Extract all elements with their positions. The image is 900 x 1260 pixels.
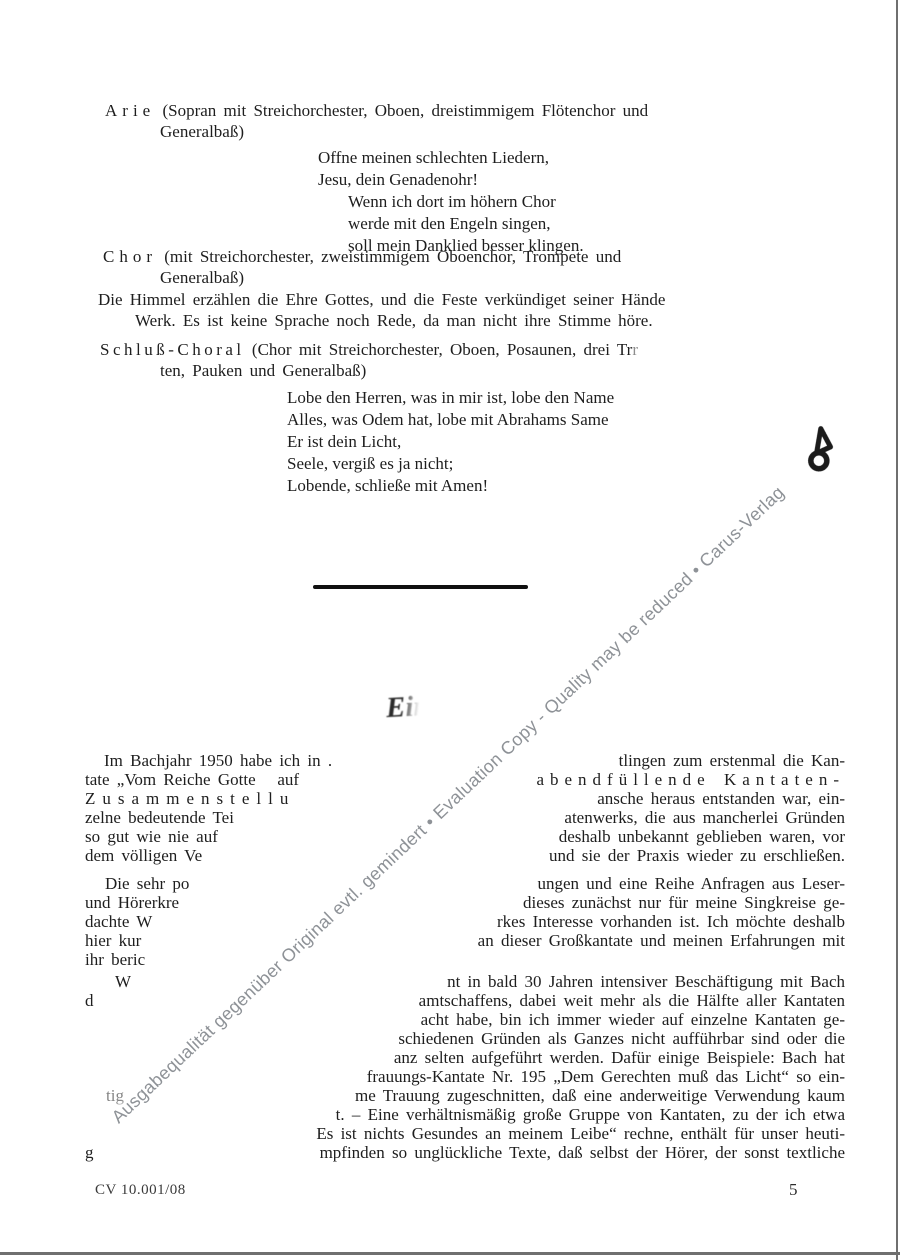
body-line-right-fragment: abendfüllende Kantaten- xyxy=(536,770,845,790)
poem-line: werde mit den Engeln singen, xyxy=(348,214,551,234)
body-line-right-fragment: deshalb unbekannt geblieben waren, vor xyxy=(559,827,845,847)
poem-line: Offne meinen schlechten Liedern, xyxy=(318,148,549,168)
body-line-left-fragment: hier kur xyxy=(85,931,141,951)
poem-line: Lobe den Herren, was in mir ist, lobe de… xyxy=(287,388,614,408)
body-line-right-fragment: dieses zunächst nur für meine Singkreise… xyxy=(523,893,845,913)
body-line-left-fragment: zelne bedeutende Tei xyxy=(85,808,234,828)
page-number: 5 xyxy=(789,1180,798,1200)
schluss-choral-scoring: (Chor mit Streichorchester, Oboen, Posau… xyxy=(245,340,633,359)
arie-scoring: (Sopran mit Streichorchester, Oboen, dre… xyxy=(155,101,648,120)
arie-heading: Arie (Sopran mit Streichorchester, Oboen… xyxy=(105,101,648,120)
body-line-right-fragment: Es ist nichts Gesundes an meinem Leibe“ … xyxy=(316,1124,845,1144)
himmel-line-2: Werk. Es ist keine Sprache noch Rede, da… xyxy=(135,311,653,330)
body-line-left-fragment: Zusammenstellu xyxy=(85,789,295,809)
schluss-choral-faded-char: r xyxy=(632,340,638,359)
body-line-left-fragment: ihr beric xyxy=(85,950,145,970)
arie-heading-cont: Generalbaß) xyxy=(160,122,244,141)
body-line-left-fragment: W xyxy=(115,972,131,992)
body-line-right-fragment: rkes Interesse vorhanden ist. Ich möchte… xyxy=(497,912,845,932)
chor-heading: Chor (mit Streichorchester, zweistimmige… xyxy=(103,247,621,266)
body-line-right-fragment: atenwerks, die aus mancherlei Gründen xyxy=(564,808,845,828)
chor-heading-cont: Generalbaß) xyxy=(160,268,244,287)
chor-label: Chor xyxy=(103,247,157,266)
body-line-right-fragment: nt in bald 30 Jahren intensiver Beschäft… xyxy=(447,972,845,992)
body-line-right-fragment: und sie der Praxis wieder zu erschließen… xyxy=(549,846,845,866)
scanned-page: Arie (Sopran mit Streichorchester, Oboen… xyxy=(0,0,900,1260)
poem-line: Seele, vergiß es ja nicht; xyxy=(287,454,453,474)
poem-line: Alles, was Odem hat, lobe mit Abrahams S… xyxy=(287,410,609,430)
poem-line: Lobende, schließe mit Amen! xyxy=(287,476,488,496)
obscured-heading-fragment: Ein xyxy=(385,690,430,725)
body-line-left-fragment: Die sehr po xyxy=(105,874,189,894)
body-line-right-fragment: mpfinden so unglückliche Texte, daß selb… xyxy=(320,1143,845,1163)
body-line-right-fragment: me Trauung zugeschnitten, daß eine ander… xyxy=(355,1086,845,1106)
schluss-choral-heading-cont: ten, Pauken und Generalbaß) xyxy=(160,361,366,380)
body-line-left-fragment: tate „Vom Reiche Gotte auf xyxy=(85,770,299,790)
chor-scoring: (mit Streichorchester, zweistimmigem Obo… xyxy=(157,247,621,266)
scan-edge-bottom xyxy=(0,1252,900,1255)
body-line-right-fragment: t. – Eine verhältnismäßig große Gruppe v… xyxy=(336,1105,845,1125)
arie-label: Arie xyxy=(105,101,155,120)
body-line-right-fragment: acht habe, bin ich immer wieder auf einz… xyxy=(421,1010,845,1030)
section-divider-rule xyxy=(313,585,528,589)
himmel-line-1: Die Himmel erzählen die Ehre Gottes, und… xyxy=(98,290,665,309)
carus-note-logo-icon xyxy=(791,422,851,482)
schluss-choral-label: Schluß-Choral xyxy=(100,340,245,359)
scan-edge-right xyxy=(896,0,898,1260)
body-line-left-fragment: dachte W xyxy=(85,912,152,932)
body-line-left-fragment: Im Bachjahr 1950 habe ich in . xyxy=(104,751,332,771)
catalog-number: CV 10.001/08 xyxy=(95,1182,186,1199)
body-line-right-fragment: tlingen zum erstenmal die Kan- xyxy=(619,751,845,771)
schluss-choral-heading: Schluß-Choral (Chor mit Streichorchester… xyxy=(100,340,638,359)
body-line-right-fragment: frauungs-Kantate Nr. 195 „Dem Gerechten … xyxy=(367,1067,845,1087)
body-line-right-fragment: anz selten aufgeführt werden. Dafür eini… xyxy=(394,1048,845,1068)
body-line-right-fragment: schiedenen Gründen als Ganzes nicht auff… xyxy=(398,1029,845,1049)
poem-line: Jesu, dein Genadenohr! xyxy=(318,170,478,190)
poem-line: Er ist dein Licht, xyxy=(287,432,401,452)
body-line-left-fragment: d xyxy=(85,991,94,1011)
poem-line: Wenn ich dort im höhern Chor xyxy=(348,192,556,212)
body-line-right-fragment: amtschaffens, dabei weit mehr als die Hä… xyxy=(419,991,845,1011)
body-line-right-fragment: ungen und eine Reihe Anfragen aus Leser- xyxy=(538,874,846,894)
body-line-right-fragment: an dieser Großkantate und meinen Erfahru… xyxy=(478,931,845,951)
body-line-right-fragment: ansche heraus entstanden war, ein- xyxy=(597,789,845,809)
body-line-left-fragment: dem völligen Ve xyxy=(85,846,202,866)
body-line-left-fragment: so gut wie nie auf xyxy=(85,827,218,847)
body-line-left-fragment: g xyxy=(85,1143,94,1163)
body-line-left-fragment: und Hörerkre xyxy=(85,893,179,913)
